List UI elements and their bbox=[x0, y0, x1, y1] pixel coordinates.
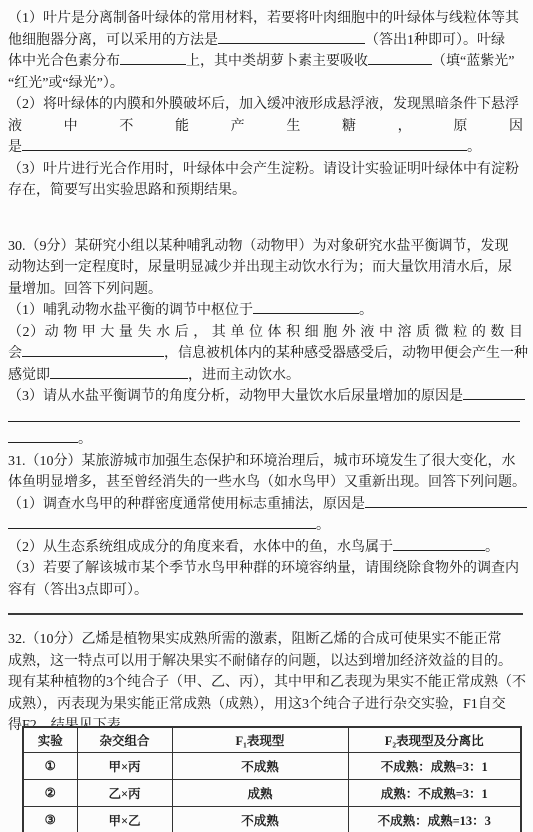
q30-line-3: 量增加。回答下列问题。 bbox=[8, 279, 523, 301]
answer-blank-why-end bbox=[8, 429, 78, 443]
q31-sub3-line2: 容有（答出3点即可）。 bbox=[8, 580, 523, 602]
answer-blank-method bbox=[218, 30, 365, 44]
q29-line-7: 是。 bbox=[8, 137, 523, 159]
answer-blank-component bbox=[393, 537, 485, 551]
q31-sub1-line1: （1）调查水鸟甲的种群密度通常使用标志重捕法，原因是 bbox=[8, 494, 523, 516]
table-cell-experiment: ② bbox=[23, 779, 77, 806]
table-cell-f1: 不成熟 bbox=[172, 752, 348, 779]
q30-sub2-pre: 会 bbox=[8, 346, 22, 361]
q30-sub2-post2: ，进而主动饮水。 bbox=[188, 368, 300, 383]
q30-sub3-period: 。 bbox=[78, 432, 92, 447]
q30-sub3-line1: （3）请从水盐平衡调节的角度分析，动物甲大量饮水后尿量增加的原因是 bbox=[8, 386, 523, 408]
section-gap bbox=[8, 202, 523, 236]
q29-line-1: （1）叶片是分离制备叶绿体的常用材料，若要将叶肉细胞中的叶绿体与线粒体等其 bbox=[8, 8, 523, 30]
answer-blank-why-full bbox=[8, 408, 520, 422]
answer-blank-why-start bbox=[463, 386, 525, 400]
q29-line-2: 他细胞器分离，可以采用的方法是（答出1种即可）。叶绿 bbox=[8, 30, 523, 52]
table-cell-f1: 不成熟 bbox=[172, 806, 348, 832]
table-cell-cross: 甲×丙 bbox=[77, 752, 172, 779]
q32-line-4: 成熟），丙表现为果实能正常成熟（成熟），用这3个纯合子进行杂交实验，F1自交 bbox=[8, 694, 523, 716]
q29-line-9: 存在，简要写出实验思路和预期结果。 bbox=[8, 180, 523, 202]
q31-line-2: 体鱼明显增多，甚至曾经消失的一些水鸟（如水鸟甲）又重新出现。回答下列问题。 bbox=[8, 472, 523, 494]
q30-line-1: 30.（9分）某研究小组以某种哺乳动物（动物甲）为对象研究水盐平衡调节，发现 bbox=[8, 236, 523, 258]
q30-sub2-justified: （2）动 物 甲 大 量 失 水 后 ， 其 单 位 体 积 细 胞 外 液 中… bbox=[8, 322, 523, 344]
answer-blank-feeling bbox=[50, 365, 188, 379]
q31-sub1-text: （1）调查水鸟甲的种群密度通常使用标志重捕法，原因是 bbox=[8, 497, 365, 512]
answer-blank-number bbox=[22, 343, 164, 357]
answer-blank-distribution bbox=[120, 51, 186, 65]
table-header-cell: 杂交组合 bbox=[77, 727, 172, 753]
q31-sub3-line1: （3）若要了解该城市某个季节水鸟甲种群的环境容纳量，请围绕除食物外的调查内 bbox=[8, 558, 523, 580]
answer-blank-mark-recapture bbox=[365, 494, 527, 508]
q29-line-2-text: 他细胞器分离，可以采用的方法是 bbox=[8, 33, 218, 48]
q30-sub1: （1）哺乳动物水盐平衡的调节中枢位于。 bbox=[8, 300, 523, 322]
table-cell-cross: 甲×乙 bbox=[77, 806, 172, 832]
q29-line-2-tail: （答出1种即可）。叶绿 bbox=[365, 33, 505, 48]
q29-line-6-justified: 液 中 不 能 产 生 糖 ， 原 因 bbox=[8, 116, 523, 138]
table-row: ② 乙×丙 成熟 成熟：不成熟=3：1 bbox=[23, 779, 521, 806]
q29-line-7-text: 是 bbox=[8, 140, 22, 155]
section-divider bbox=[8, 613, 523, 615]
q29-line-3-text: 体中光合色素分布 bbox=[8, 54, 120, 69]
q29-line-7-period: 。 bbox=[467, 140, 481, 155]
cross-experiment-table: 实验 杂交组合 F₁表现型 F₂表现型及分离比 ① 甲×丙 不成熟 不成熟：成熟… bbox=[22, 726, 522, 832]
q32-line-2: 成熟，这一特点可以用于解决果实不耐储存的问题，以达到增加经济效益的目的。 bbox=[8, 651, 523, 673]
q29-line-4: “红光”或“绿光”）。 bbox=[8, 73, 523, 95]
table-cell-experiment: ① bbox=[23, 752, 77, 779]
q30-sub3-line3: 。 bbox=[8, 429, 523, 451]
q30-sub2-post: ，信息被机体内的某种感受器感受后，动物甲便会产生一种 bbox=[164, 346, 528, 361]
table-cell-cross: 乙×丙 bbox=[77, 779, 172, 806]
q31-sub2-text: （2）从生态系统组成成分的角度来看，水体中的鱼，水鸟属于 bbox=[8, 540, 393, 555]
q29-line-3-mid: 上，其中类胡萝卜素主要吸收 bbox=[186, 54, 368, 69]
answer-blank-absorb bbox=[368, 51, 432, 65]
q29-line-3-tail: （填“蓝紫光” bbox=[432, 54, 514, 69]
table-row: ① 甲×丙 不成熟 不成熟：成熟=3：1 bbox=[23, 752, 521, 779]
q30-sub1-text: （1）哺乳动物水盐平衡的调节中枢位于 bbox=[8, 303, 253, 318]
table-header-cell: F₁表现型 bbox=[172, 727, 348, 753]
q31-sub2: （2）从生态系统组成成分的角度来看，水体中的鱼，水鸟属于。 bbox=[8, 537, 523, 559]
answer-blank-center bbox=[253, 300, 359, 314]
table-cell-f2: 不成熟：成熟=3：1 bbox=[348, 752, 521, 779]
table-cell-experiment: ③ bbox=[23, 806, 77, 832]
q30-line-2: 动物达到一定程度时，尿量明显减少并出现主动饮水行为；而大量饮用清水后，尿 bbox=[8, 257, 523, 279]
answer-blank-mark-recapture-2 bbox=[8, 515, 316, 529]
q30-sub2-pre2: 感觉即 bbox=[8, 368, 50, 383]
exam-page: （1）叶片是分离制备叶绿体的常用材料，若要将叶肉细胞中的叶绿体与线粒体等其 他细… bbox=[0, 0, 533, 832]
table-row: ③ 甲×乙 不成熟 不成熟：成熟=13：3 bbox=[23, 806, 521, 832]
q32-line-3: 现有某种植物的3个纯合子（甲、乙、丙），其中甲和乙表现为果实不能正常成熟（不 bbox=[8, 672, 523, 694]
table-header-cell: F₂表现型及分离比 bbox=[348, 727, 521, 753]
q30-sub2-line2: 会，信息被机体内的某种感受器感受后，动物甲便会产生一种 bbox=[8, 343, 523, 365]
table-header-cell: 实验 bbox=[23, 727, 77, 753]
table-header-row: 实验 杂交组合 F₁表现型 F₂表现型及分离比 bbox=[23, 727, 521, 753]
table-cell-f2: 不成熟：成熟=13：3 bbox=[348, 806, 521, 832]
table-cell-f1: 成熟 bbox=[172, 779, 348, 806]
q32-line-1: 32.（10分）乙烯是植物果实成熟所需的激素，阻断乙烯的合成可使果实不能正常 bbox=[8, 629, 523, 651]
q30-sub1-period: 。 bbox=[359, 303, 373, 318]
table-cell-f2: 成熟：不成熟=3：1 bbox=[348, 779, 521, 806]
q31-sub2-period: 。 bbox=[485, 540, 499, 555]
q30-sub3-line2 bbox=[8, 408, 523, 430]
q29-line-5: （2）将叶绿体的内膜和外膜破坏后，加入缓冲液形成悬浮液，发现黑暗条件下悬浮 bbox=[8, 94, 523, 116]
q31-sub1-line2: 。 bbox=[8, 515, 523, 537]
q29-line-3: 体中光合色素分布上，其中类胡萝卜素主要吸收（填“蓝紫光” bbox=[8, 51, 523, 73]
q30-sub3-text: （3）请从水盐平衡调节的角度分析，动物甲大量饮水后尿量增加的原因是 bbox=[8, 389, 463, 404]
q30-sub2-line3: 感觉即，进而主动饮水。 bbox=[8, 365, 523, 387]
answer-blank-reason bbox=[22, 137, 467, 151]
q31-line-1: 31.（10分）某旅游城市加强生态保护和环境治理后，城市环境发生了很大变化，水 bbox=[8, 451, 523, 473]
q31-sub1-period: 。 bbox=[316, 518, 330, 533]
q29-line-8: （3）叶片进行光合作用时，叶绿体中会产生淀粉。请设计实验证明叶绿体中有淀粉 bbox=[8, 159, 523, 181]
